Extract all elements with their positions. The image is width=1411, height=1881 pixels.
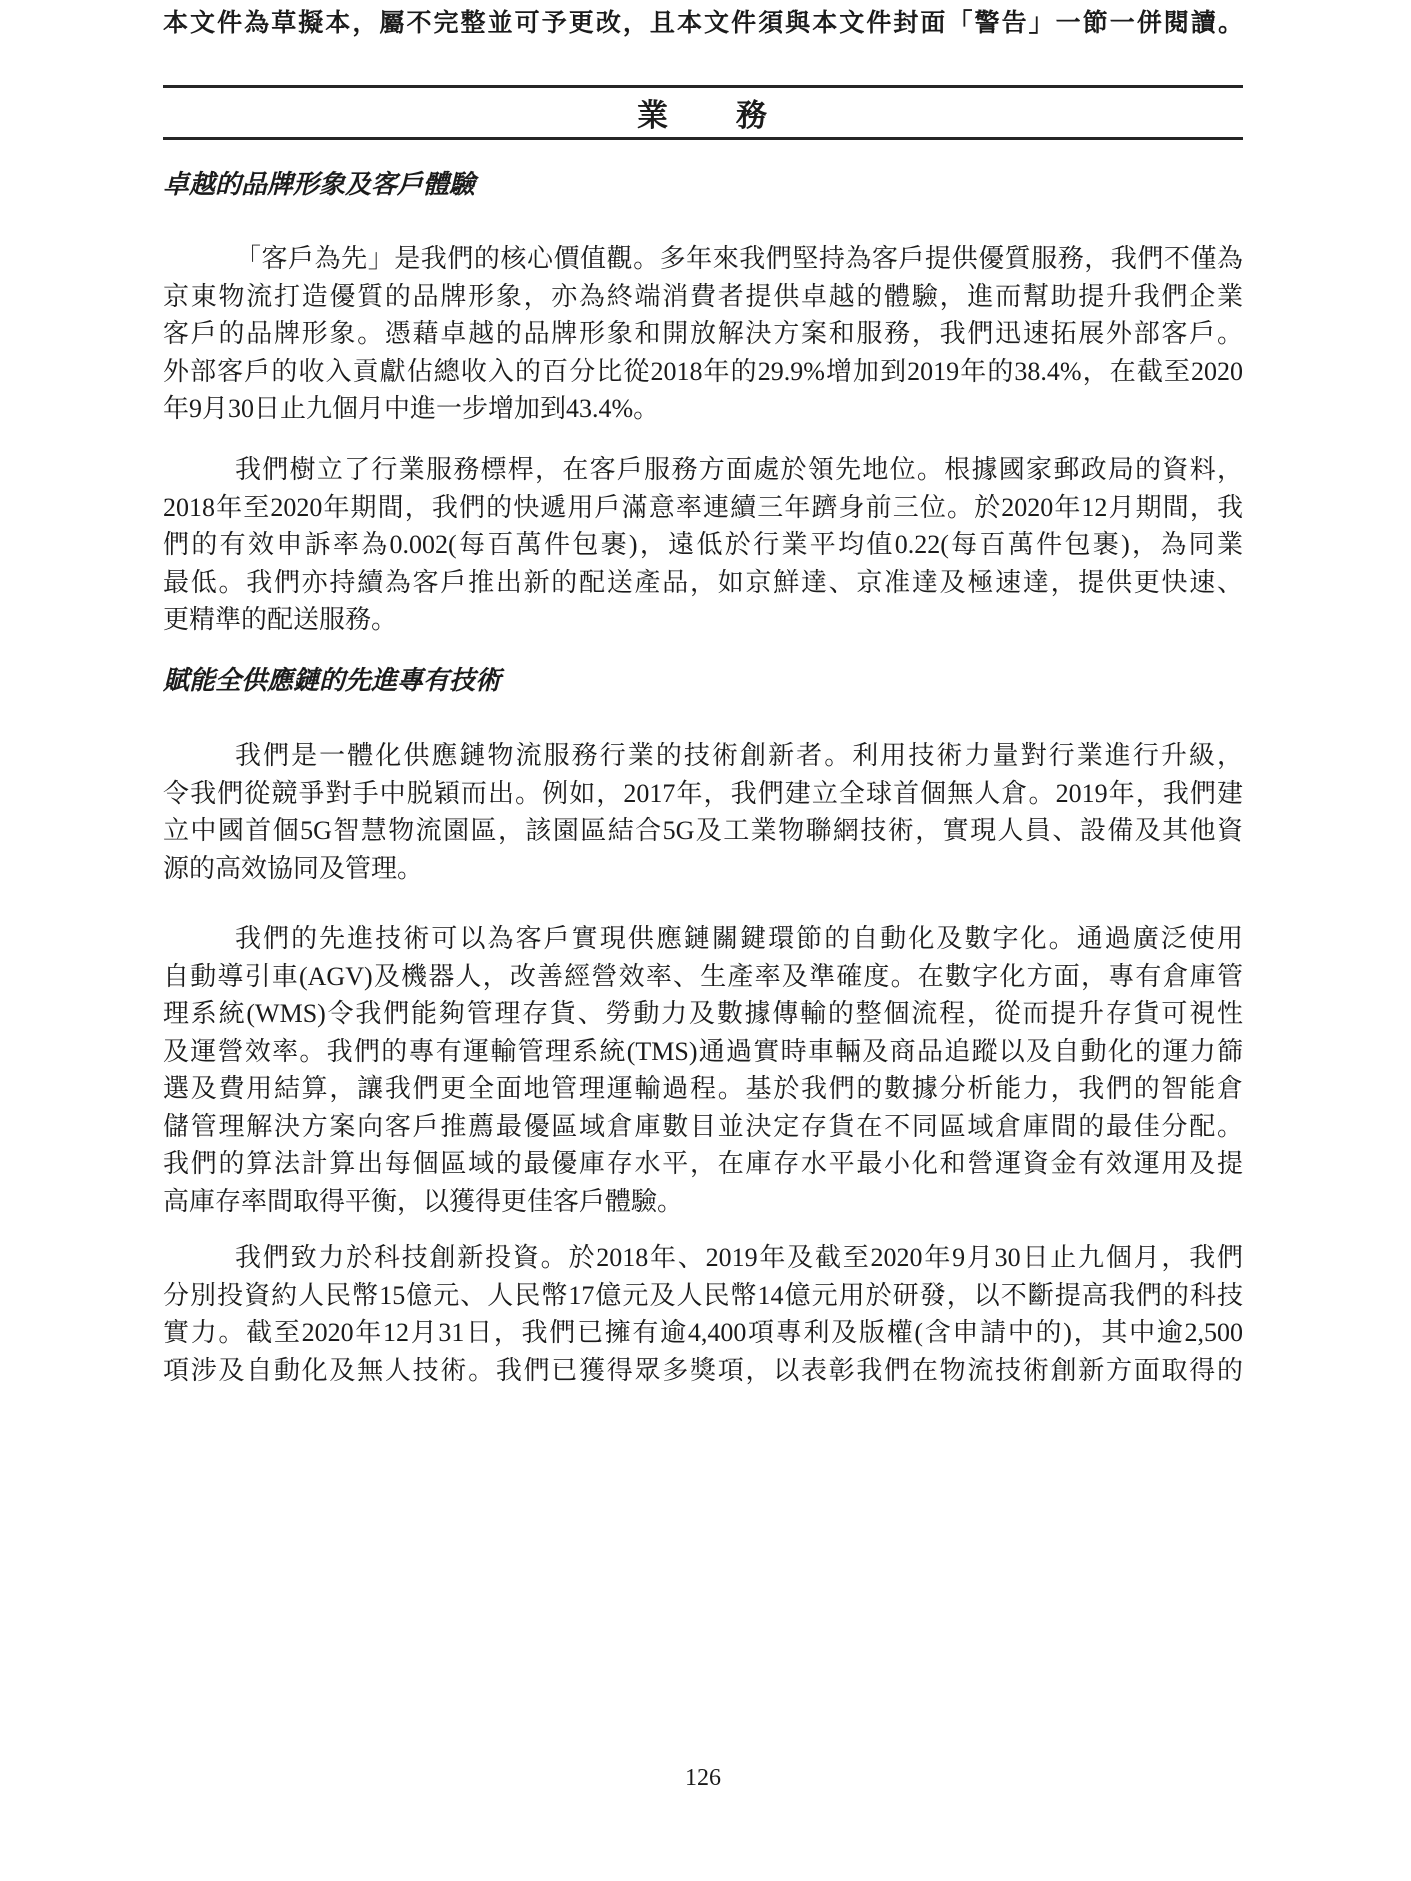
text-line: 自動導引車(AGV)及機器人，改善經營效率、生產率及準確度。在數字化方面，專有倉… xyxy=(163,958,1243,996)
title-divider-band: 業 務 xyxy=(163,85,1243,140)
paragraph-brand-1: 「客戶為先」是我們的核心價值觀。多年來我們堅持為客戶提供優質服務，我們不僅為京東… xyxy=(163,240,1243,428)
text-line: 我們是一體化供應鏈物流服務行業的技術創新者。利用技術力量對行業進行升級， xyxy=(163,737,1243,775)
text-line: 我們的算法計算出每個區域的最優庫存水平，在庫存水平最小化和營運資金有效運用及提 xyxy=(163,1145,1243,1183)
text-line: 我們致力於科技創新投資。於2018年、2019年及截至2020年9月30日止九個… xyxy=(163,1239,1243,1277)
text-line: 京東物流打造優質的品牌形象，亦為終端消費者提供卓越的體驗，進而幫助提升我們企業 xyxy=(163,278,1243,316)
text-line: 我們樹立了行業服務標桿，在客戶服務方面處於領先地位。根據國家郵政局的資料， xyxy=(163,451,1243,489)
paragraph-tech-1: 我們是一體化供應鏈物流服務行業的技術創新者。利用技術力量對行業進行升級，令我們從… xyxy=(163,737,1243,887)
text-line: 高庫存率間取得平衡，以獲得更佳客戶體驗。 xyxy=(163,1183,1243,1221)
text-line: 「客戶為先」是我們的核心價值觀。多年來我們堅持為客戶提供優質服務，我們不僅為 xyxy=(163,240,1243,278)
draft-disclaimer: 本文件為草擬本，屬不完整並可予更改，且本文件須與本文件封面「警告」一節一併閱讀。 xyxy=(163,8,1243,40)
text-line: 立中國首個5G智慧物流園區，該園區結合5G及工業物聯網技術，實現人員、設備及其他… xyxy=(163,812,1243,850)
section-heading-technology: 賦能全供應鏈的先進專有技術 xyxy=(163,666,1243,696)
text-line: 理系統(WMS)令我們能夠管理存貨、勞動力及數據傳輸的整個流程，從而提升存貨可視… xyxy=(163,995,1243,1033)
text-line: 選及費用結算，讓我們更全面地管理運輸過程。基於我們的數據分析能力，我們的智能倉 xyxy=(163,1070,1243,1108)
text-line: 客戶的品牌形象。憑藉卓越的品牌形象和開放解決方案和服務，我們迅速拓展外部客戶。 xyxy=(163,315,1243,353)
text-line: 項涉及自動化及無人技術。我們已獲得眾多獎項，以表彰我們在物流技術創新方面取得的 xyxy=(163,1352,1243,1390)
text-line: 更精準的配送服務。 xyxy=(163,601,1243,639)
paragraph-tech-2: 我們的先進技術可以為客戶實現供應鏈關鍵環節的自動化及數字化。通過廣泛使用自動導引… xyxy=(163,920,1243,1220)
page-title: 業 務 xyxy=(637,90,769,135)
text-line: 實力。截至2020年12月31日，我們已擁有逾4,400項專利及版權(含申請中的… xyxy=(163,1314,1243,1352)
text-line: 2018年至2020年期間，我們的快遞用戶滿意率連續三年躋身前三位。於2020年… xyxy=(163,489,1243,527)
text-line: 們的有效申訴率為0.002(每百萬件包裹)，遠低於行業平均值0.22(每百萬件包… xyxy=(163,526,1243,564)
text-line: 及運營效率。我們的專有運輸管理系統(TMS)通過實時車輛及商品追蹤以及自動化的運… xyxy=(163,1033,1243,1071)
text-line: 外部客戶的收入貢獻佔總收入的百分比從2018年的29.9%增加到2019年的38… xyxy=(163,353,1243,391)
text-line: 分別投資約人民幣15億元、人民幣17億元及人民幣14億元用於研發，以不斷提高我們… xyxy=(163,1277,1243,1315)
text-line: 儲管理解決方案向客戶推薦最優區域倉庫數目並決定存貨在不同區域倉庫間的最佳分配。 xyxy=(163,1108,1243,1146)
text-line: 我們的先進技術可以為客戶實現供應鏈關鍵環節的自動化及數字化。通過廣泛使用 xyxy=(163,920,1243,958)
prospectus-page: { "page": { "disclaimer": "本文件為草擬本，屬不完整並… xyxy=(0,0,1411,1881)
text-line: 年9月30日止九個月中進一步增加到43.4%。 xyxy=(163,390,1243,428)
text-line: 最低。我們亦持續為客戶推出新的配送產品，如京鮮達、京准達及極速達，提供更快速、 xyxy=(163,564,1243,602)
text-line: 源的高效協同及管理。 xyxy=(163,850,1243,888)
text-line: 令我們從競爭對手中脱穎而出。例如，2017年，我們建立全球首個無人倉。2019年… xyxy=(163,775,1243,813)
paragraph-tech-3: 我們致力於科技創新投資。於2018年、2019年及截至2020年9月30日止九個… xyxy=(163,1239,1243,1389)
page-number: 126 xyxy=(163,1764,1243,1792)
section-heading-brand-image: 卓越的品牌形象及客戶體驗 xyxy=(163,170,1243,200)
paragraph-brand-2: 我們樹立了行業服務標桿，在客戶服務方面處於領先地位。根據國家郵政局的資料，201… xyxy=(163,451,1243,639)
